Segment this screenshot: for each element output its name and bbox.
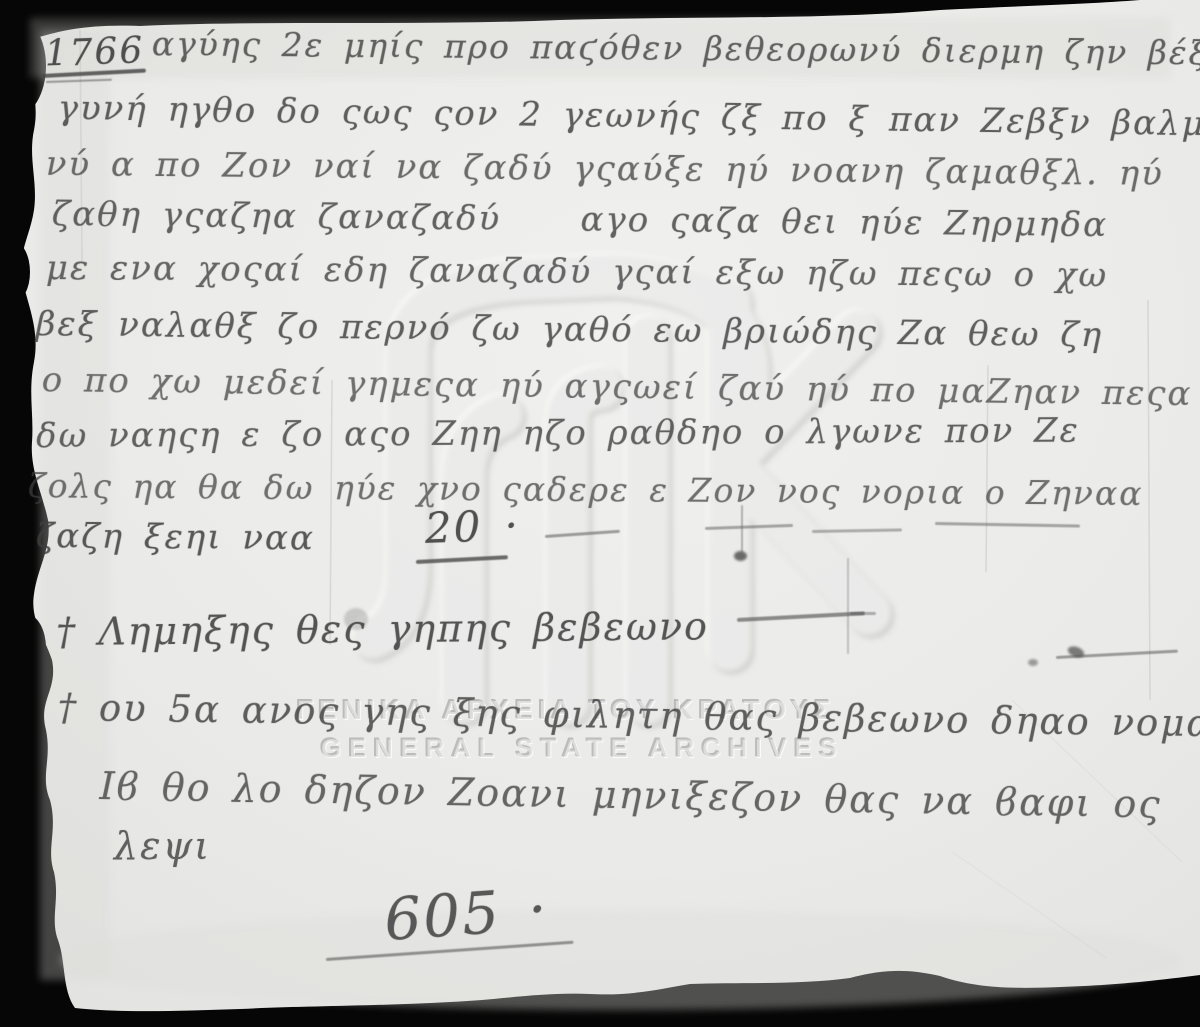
handwriting-line: γυνή ηγθο δο ςως ςον 2 γεωνής ζξ πο ξ πα… [57, 88, 1200, 145]
handwriting-line: ζολς ηα θα δω ηύε χνο ςαδερε ε Ζον νος ν… [28, 466, 1144, 513]
handwriting-line: 605 · [382, 875, 551, 954]
ink-stroke-v [847, 558, 849, 654]
handwriting-line: 1766 [44, 31, 145, 75]
handwriting-line: ο πο χω μεδεί γημεςα ηύ αγςωεί ζαύ ηύ πο… [42, 360, 1193, 414]
ink-underline [416, 555, 508, 564]
handwriting-line: με ενα χοςαί εδη ζαναζαδύ γςαί εξω ηζω π… [46, 248, 1109, 295]
document-scan: ΓΕΝΙΚΑ ΑΡΧΕΙΑ ΤΟΥ ΚΡΑΤΟΥΣ GENERAL STATE … [0, 0, 1200, 1027]
handwriting-line: βεξ ναλαθξ ζο περνό ζω γαθό εω βριώδης Ζ… [36, 304, 1104, 355]
ink-dash [935, 522, 1080, 528]
ink-underline [46, 79, 112, 83]
ink-stroke-v [741, 505, 743, 553]
handwriting-line: λεψι [114, 824, 211, 868]
handwriting-line: † ου 5α ανος γης ξης φιλητη θας βεβεωνο … [57, 686, 1200, 745]
ink-dash [812, 528, 902, 533]
handwriting-line: νύ α πο Ζον ναί να ζαδύ γςαύξε ηύ νοανη … [46, 144, 1164, 194]
ink-dash [705, 524, 793, 530]
ink-dash [545, 530, 620, 538]
handwriting-layer: 1766αγύης 2ε μηίς προ παϛόθεν βεθεορωνύ … [0, 0, 1200, 1027]
handwriting-line: ζαζη ξεηι ναα [36, 516, 315, 558]
handwriting-line: 20 · [424, 501, 521, 553]
handwriting-line: δω ναηςη ε ζο αςο Ζηη ηζο ραθδηο ο λγωνε… [36, 411, 1080, 456]
handwriting-line: ζαθη γςαζηα ζαναζαδύ αγο ςαζα θει ηύε Ζη… [52, 194, 1109, 245]
ink-blot [1028, 659, 1038, 666]
handwriting-line: † Λημηξης θες γηπης βεβεωνο [56, 604, 709, 654]
ink-dash [737, 611, 865, 622]
handwriting-line: Ιϐ θο λο δηζον Ζοανι μηνιξεζον θας να ϐα… [99, 764, 1162, 827]
handwriting-line: αγύης 2ε μηίς προ παϛόθεν βεθεορωνύ διερ… [152, 24, 1200, 72]
ink-blot [344, 608, 368, 630]
